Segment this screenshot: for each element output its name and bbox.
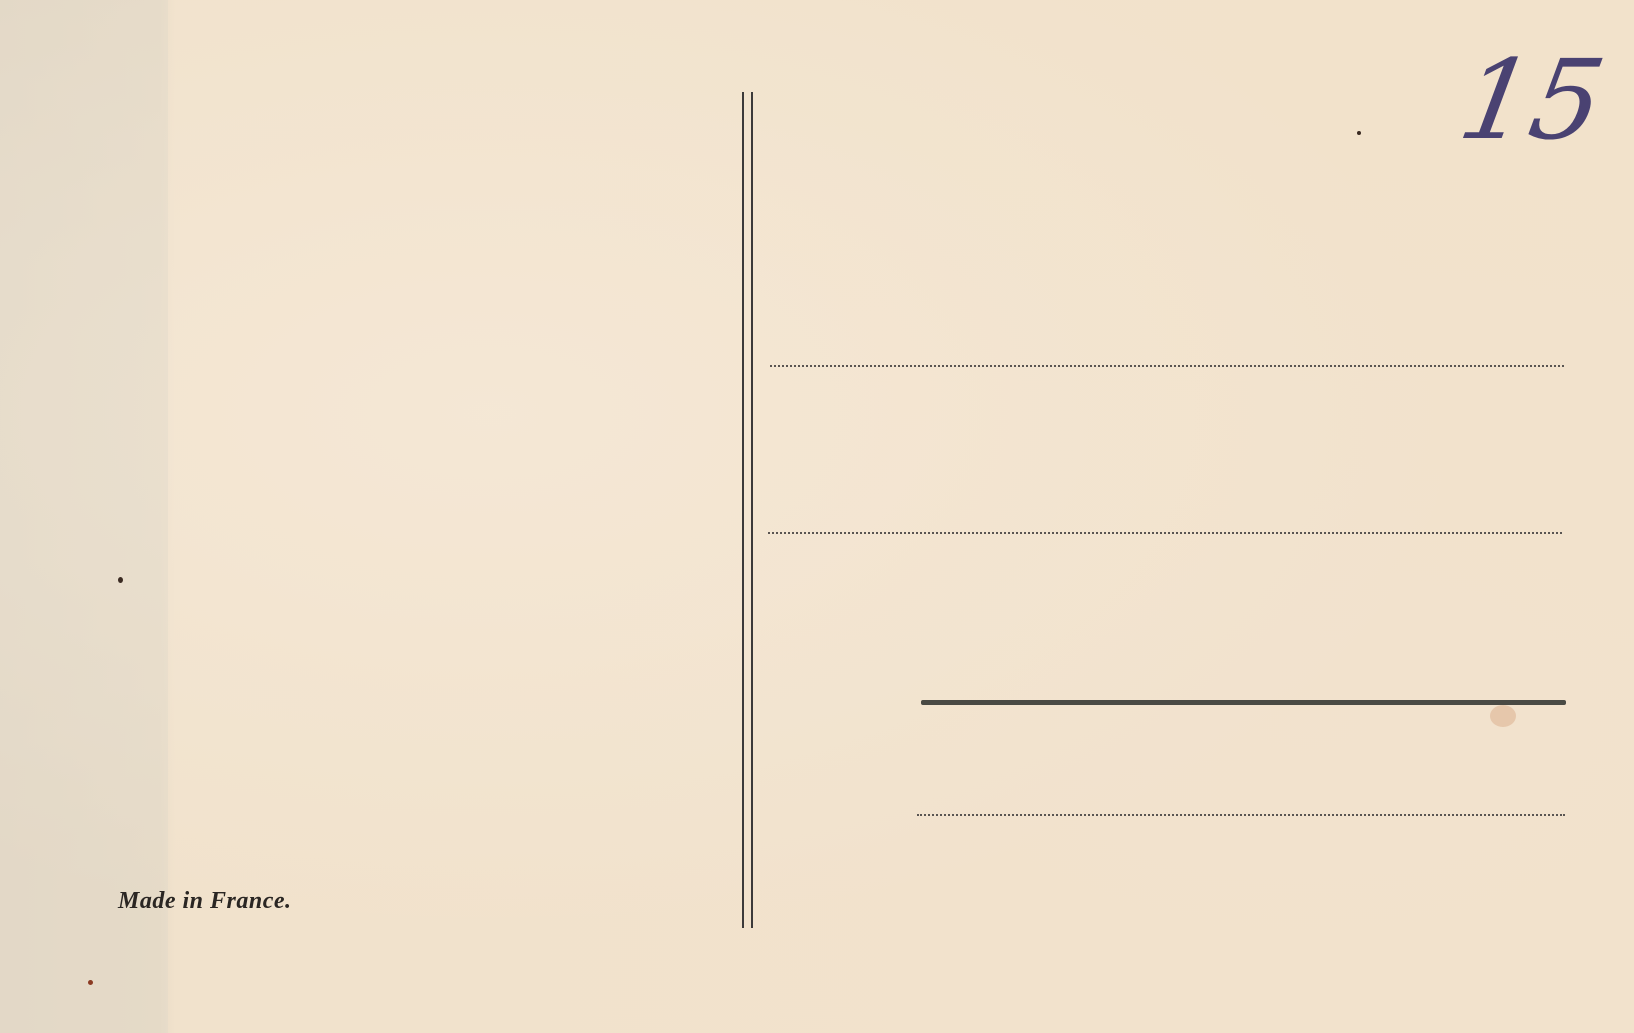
speck — [88, 980, 93, 985]
center-divider-line-left — [742, 92, 744, 928]
left-shading — [0, 0, 168, 1033]
postcard-back: 15 Made in France. — [0, 0, 1634, 1033]
speck — [1357, 131, 1361, 135]
address-line-4 — [917, 814, 1565, 816]
center-divider-line-right — [751, 92, 753, 928]
handwritten-number: 15 — [1452, 45, 1611, 155]
stain — [1490, 705, 1516, 727]
made-in-france-imprint: Made in France. — [118, 888, 292, 915]
address-line-3-solid — [921, 700, 1566, 705]
speck — [118, 577, 123, 583]
address-line-2 — [768, 532, 1562, 534]
address-line-1 — [770, 365, 1564, 367]
